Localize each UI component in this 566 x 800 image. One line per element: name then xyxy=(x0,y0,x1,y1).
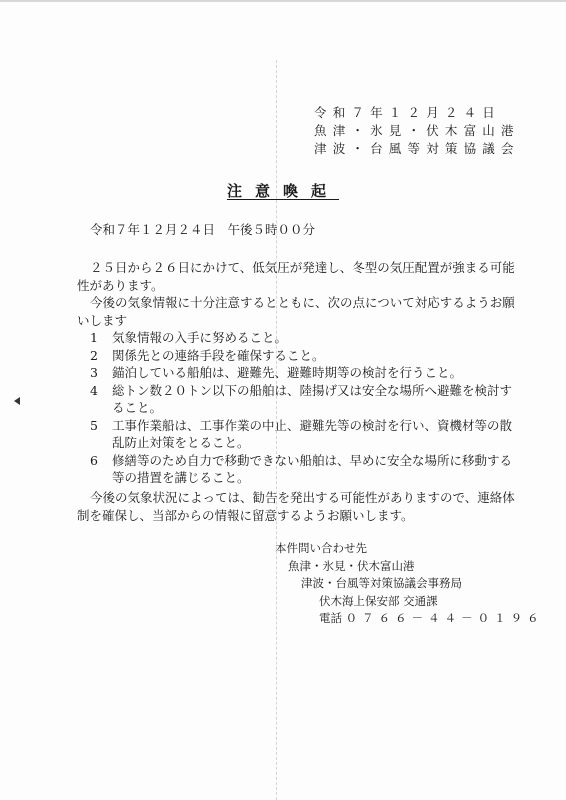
list-item: 1 気象情報の入手に努めること。 xyxy=(77,329,517,347)
list-item: 6 修繕等のため自力で移動できない船舶は、早めに安全な場所に移動する等の措置を講… xyxy=(77,452,517,487)
scan-top-edge xyxy=(0,0,566,2)
closing-text: 今後の気象状況によっては、勧告を発出する可能性がありますので、連絡体制を確保し、… xyxy=(77,489,517,524)
header-date: 令和７年１２月２４日 xyxy=(314,104,520,122)
body-paragraph-1: ２５日から２６日にかけて、低気圧が発達し、冬型の気圧配置が強まる可能性があります… xyxy=(77,259,517,294)
left-arrow-marker-icon xyxy=(14,397,20,405)
phone-label: 電話 xyxy=(319,611,342,625)
contact-line3: 伏木海上保安部 交通課 xyxy=(275,593,544,611)
list-item: 4 総トン数２０トン以下の船舶は、陸揚げ又は安全な場所へ避難を検討すること。 xyxy=(77,382,517,417)
contact-line1: 魚津・氷見・伏木富山港 xyxy=(275,558,544,576)
document-page: 令和７年１２月２４日 魚津・氷見・伏木富山港 津波・台風等対策協議会 注意喚起 … xyxy=(0,0,566,800)
list-item-text: 修繕等のため自力で移動できない船舶は、早めに安全な場所に移動する等の措置を講じる… xyxy=(112,452,517,487)
list-item: 5 工事作業船は、工事作業の中止、避難先等の検討を行い、資機材等の散乱防止対策を… xyxy=(77,417,517,452)
list-item: 2 関係先との連絡手段を確保すること。 xyxy=(77,347,517,365)
header-organization-line2: 津波・台風等対策協議会 xyxy=(314,140,520,158)
list-item: 3 錨泊している船舶は、避難先、避難時期等の検討を行うこと。 xyxy=(77,364,517,382)
document-body: ２５日から２６日にかけて、低気圧が発達し、冬型の気圧配置が強まる可能性があります… xyxy=(77,259,517,487)
list-item-text: 気象情報の入手に努めること。 xyxy=(112,329,517,347)
list-item-number: 6 xyxy=(90,452,112,487)
list-item-text: 錨泊している船舶は、避難先、避難時期等の検討を行うこと。 xyxy=(112,364,517,382)
list-item-number: 2 xyxy=(90,347,112,365)
phone-number: ０７６６－４４－０１９６ xyxy=(346,611,544,625)
list-item-text: 関係先との連絡手段を確保すること。 xyxy=(112,347,517,365)
contact-phone: 電話 ０７６６－４４－０１９６ xyxy=(275,610,544,628)
list-item-number: 4 xyxy=(90,382,112,417)
list-item-text: 総トン数２０トン以下の船舶は、陸揚げ又は安全な場所へ避難を検討すること。 xyxy=(112,382,517,417)
list-item-number: 3 xyxy=(90,364,112,382)
list-item-text: 工事作業船は、工事作業の中止、避難先等の検討を行い、資機材等の散乱防止対策をとる… xyxy=(112,417,517,452)
body-paragraph-2: 今後の気象情報に十分注意するとともに、次の点について対応するようお願いします xyxy=(77,294,517,329)
contact-heading: 本件問い合わせ先 xyxy=(275,540,544,558)
contact-block: 本件問い合わせ先 魚津・氷見・伏木富山港 津波・台風等対策協議会事務局 伏木海上… xyxy=(275,540,544,628)
document-title: 注意喚起 xyxy=(227,180,339,201)
contact-line2: 津波・台風等対策協議会事務局 xyxy=(275,575,544,593)
list-item-number: 1 xyxy=(90,329,112,347)
closing-paragraph: 今後の気象状況によっては、勧告を発出する可能性がありますので、連絡体制を確保し、… xyxy=(77,489,517,524)
issue-datetime: 令和７年１２月２４日 午後５時００分 xyxy=(90,221,315,239)
list-item-number: 5 xyxy=(90,417,112,452)
header-organization-line1: 魚津・氷見・伏木富山港 xyxy=(314,122,520,140)
document-header: 令和７年１２月２４日 魚津・氷見・伏木富山港 津波・台風等対策協議会 xyxy=(314,104,520,158)
action-list: 1 気象情報の入手に努めること。 2 関係先との連絡手段を確保すること。 3 錨… xyxy=(77,329,517,487)
